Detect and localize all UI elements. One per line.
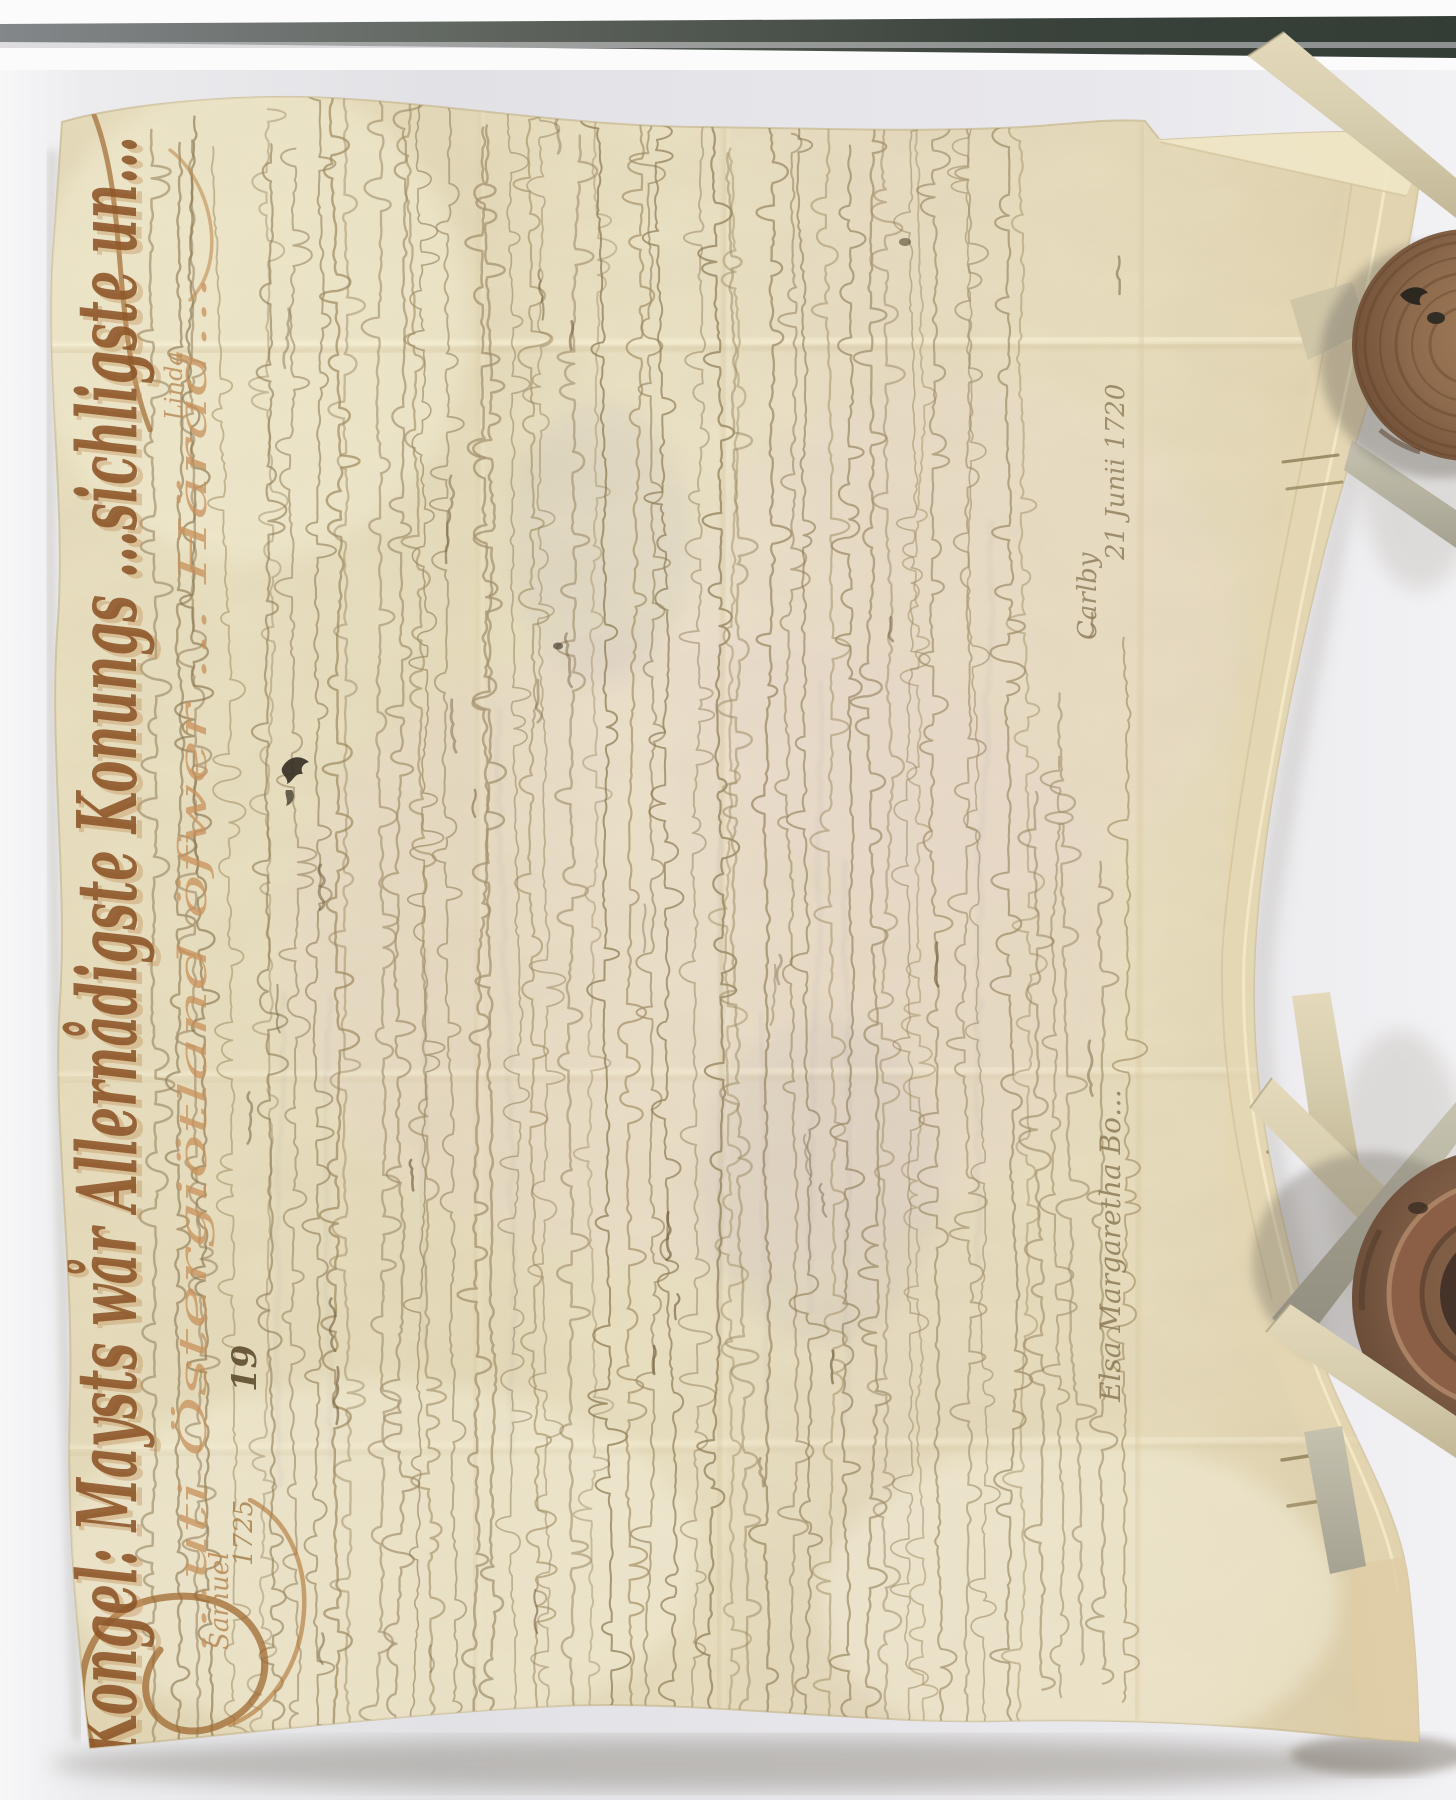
heading-text: Kongel: Maysts wår Allernådigste Konungs…	[60, 136, 156, 1757]
fragment-1725: 1725	[229, 1500, 259, 1566]
parchment-scan-canvas: Kongel: Maysts wår Allernådigste Konungs…	[0, 0, 1456, 1800]
fragment-19: 19	[225, 1345, 265, 1392]
subheading-text: …uti Östergiötland öfwer … Härad…	[171, 275, 215, 1655]
fragment-date: 21 Junii 1720	[1101, 384, 1131, 561]
fragment-place: Carlby	[1073, 552, 1103, 640]
wax-remnant	[1408, 1202, 1428, 1214]
fragment-signature-name: Elsa Margaretha Bo…	[1094, 1089, 1127, 1403]
fragment-linda: Linda	[160, 351, 188, 421]
wax-remnant	[1427, 312, 1445, 324]
strip-shadow	[0, 42, 1456, 48]
heading-calligraphy: Kongel: Maysts wår Allernådigste Konungs…	[60, 136, 163, 1762]
scanned-parchment-charter: Kongel: Maysts wår Allernådigste Konungs…	[0, 0, 1456, 1800]
